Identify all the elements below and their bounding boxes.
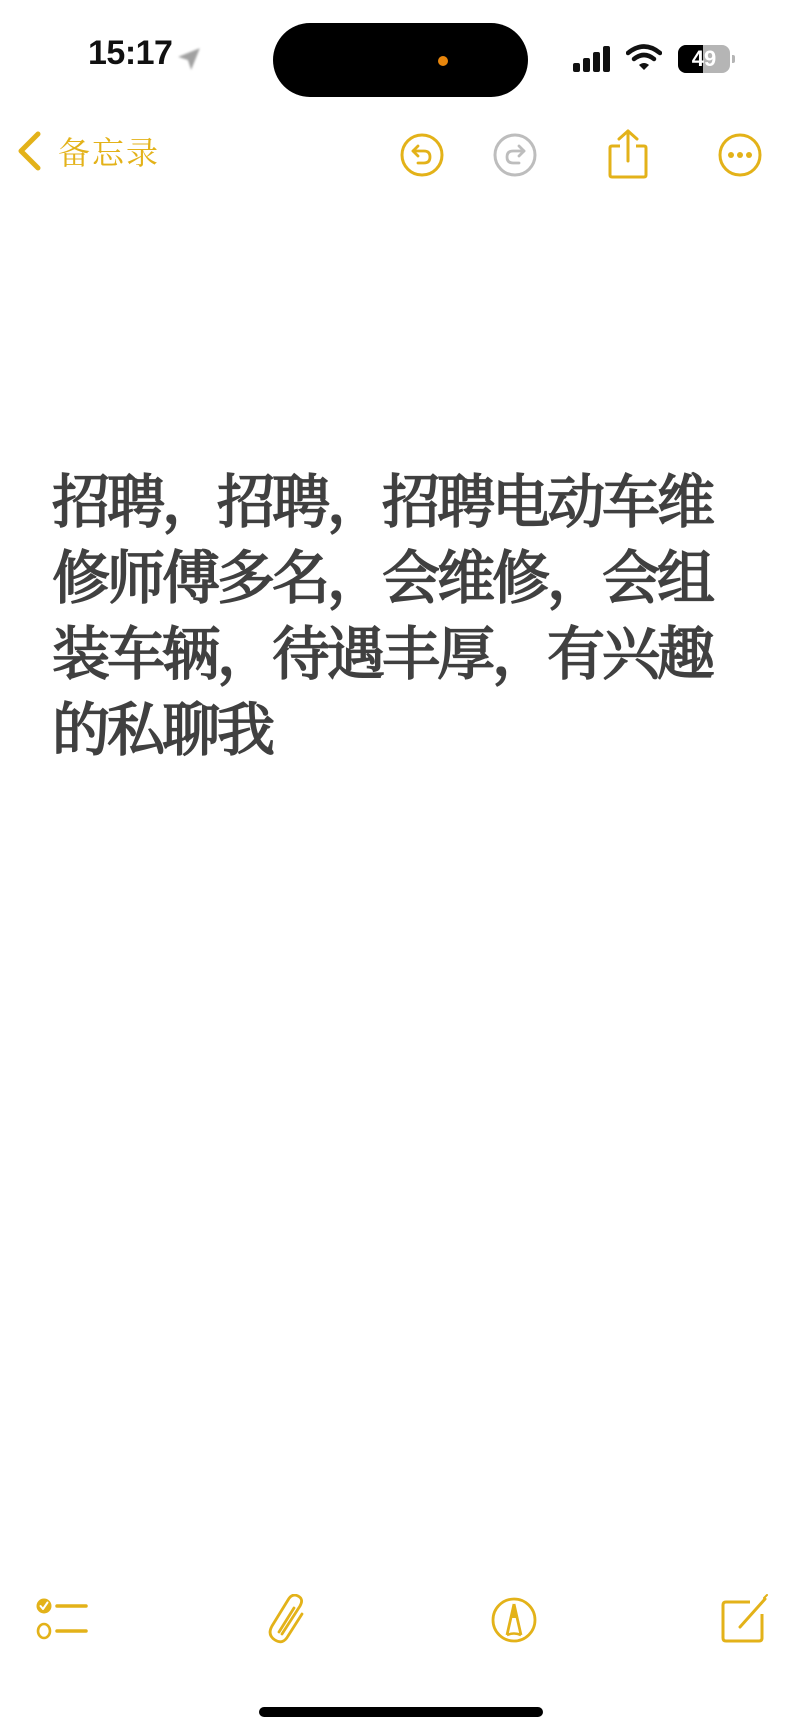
back-label: 备忘录 [58,128,160,174]
redo-icon[interactable] [492,132,538,178]
undo-icon[interactable] [399,132,445,178]
wifi-icon [626,44,662,72]
battery-cap [732,55,735,63]
markup-icon[interactable] [490,1596,538,1644]
battery-icon: 49 [678,45,730,73]
compose-icon[interactable] [720,1594,770,1644]
note-body-text[interactable]: 招聘，招聘，招聘电动车维修师傅多名，会维修，会组装车辆，待遇丰厚，有兴趣的私聊我 [52,464,732,768]
back-button[interactable]: 备忘录 [16,128,160,174]
checklist-icon[interactable] [36,1596,88,1644]
privacy-indicator-dot [438,56,448,66]
share-icon[interactable] [607,128,649,180]
home-indicator[interactable] [259,1707,543,1717]
dynamic-island [273,23,528,97]
chevron-left-icon [16,130,42,172]
battery-percent: 49 [678,45,730,73]
cellular-signal-icon [573,46,613,72]
attachment-icon[interactable] [268,1594,312,1646]
more-icon[interactable] [717,132,763,178]
status-time: 15:17 [88,34,172,73]
location-arrow-icon [176,46,202,72]
